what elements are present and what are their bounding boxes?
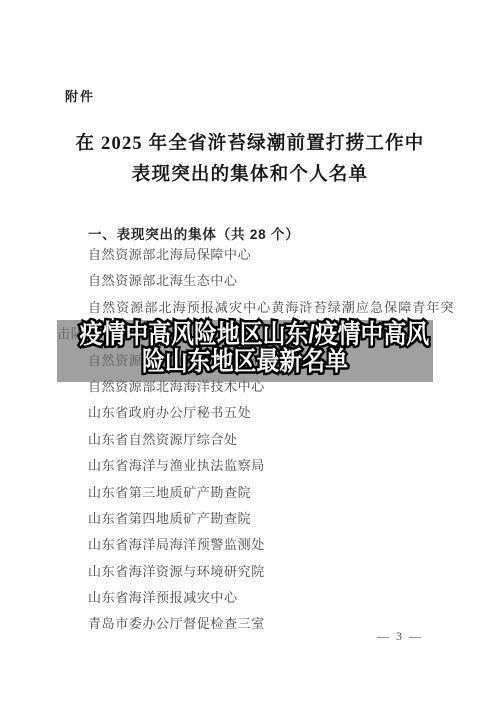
overlay-band: 疫情中高风险地区山东/疫情中高风 险山东地区最新名单	[57, 320, 433, 382]
document-title-line-1: 在 2025 年全省浒苔绿潮前置打捞工作中	[0, 129, 500, 160]
document-page: 附件 在 2025 年全省浒苔绿潮前置打捞工作中 表现突出的集体和个人名单 一、…	[0, 0, 500, 707]
overlay-headline: 疫情中高风险地区山东/疫情中高风 险山东地区最新名单	[80, 321, 411, 375]
section-heading: 一、表现突出的集体（共 28 个）	[88, 223, 300, 243]
list-item: 自然资源部北海生态中心	[57, 268, 457, 294]
list-item: 自然资源部北海局保障中心	[57, 242, 457, 268]
document-title-line-2: 表现突出的集体和个人名单	[0, 160, 500, 191]
list-item: 自然资源部北海预报减灾中心黄海浒苔绿潮应急保障青年突	[57, 295, 457, 321]
list-item: 山东省海洋资源与环境研究院	[57, 559, 457, 585]
overlay-headline-line-2: 险山东地区最新名单	[80, 348, 411, 375]
collective-list: 自然资源部北海局保障中心自然资源部北海生态中心自然资源部北海预报减灾中心黄海浒苔…	[57, 242, 457, 638]
list-item: 山东省海洋预报减灾中心	[57, 585, 457, 611]
list-item: 山东省第四地质矿产勘查院	[57, 506, 457, 532]
attachment-label: 附件	[65, 86, 95, 105]
list-item: 山东省自然资源厅综合处	[57, 427, 457, 453]
list-item: 山东省政府办公厅秘书五处	[57, 400, 457, 426]
list-item: 山东省海洋与渔业执法监察局	[57, 453, 457, 479]
overlay-headline-line-1: 疫情中高风险地区山东/疫情中高风	[80, 321, 411, 348]
list-item: 山东省第三地质矿产勘查院	[57, 480, 457, 506]
document-title: 在 2025 年全省浒苔绿潮前置打捞工作中 表现突出的集体和个人名单	[0, 129, 500, 191]
page-number: — 3 —	[368, 629, 432, 644]
list-item: 山东省海洋局海洋预警监测处	[57, 532, 457, 558]
